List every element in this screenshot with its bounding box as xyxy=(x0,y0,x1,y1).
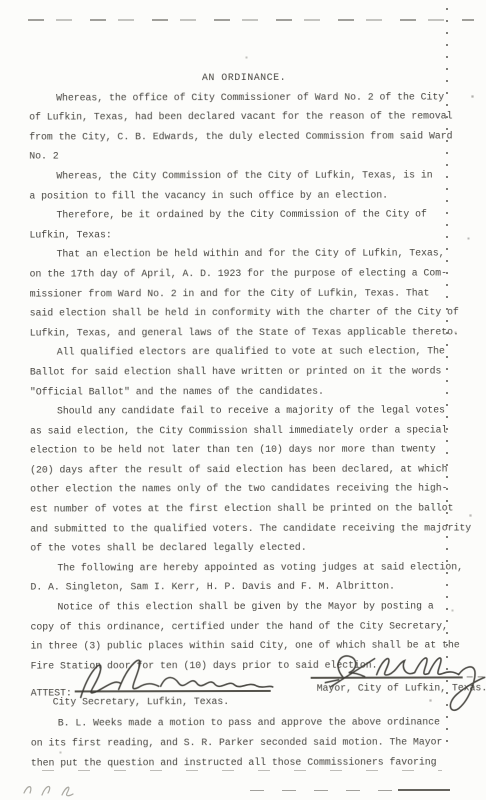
document-line: other election the names only of the two… xyxy=(30,479,460,500)
document-line: The following are hereby appointed as vo… xyxy=(30,557,460,578)
document-line: and submitted to the qualified voters. T… xyxy=(30,518,460,539)
motion-text: B. L. Weeks made a motion to pass and ap… xyxy=(31,713,461,773)
document-line: election to be held not later than ten (… xyxy=(30,440,460,461)
document-line: of the votes shall be declared legally e… xyxy=(30,538,460,559)
document-line: Lufkin, Texas, and general laws of the S… xyxy=(30,322,460,343)
document-line: on its first reading, and S. R. Parker s… xyxy=(31,732,461,753)
document-line: Lufkin, Texas: xyxy=(29,224,459,245)
secretary-caption: City Secretary, Lufkin, Texas. xyxy=(53,692,229,712)
document-line: Whereas, the City Commission of the City… xyxy=(29,165,459,186)
faint-pencil-marks xyxy=(20,776,92,800)
document-line: All qualified electors are qualified to … xyxy=(30,342,460,363)
dark-dash-artifact xyxy=(398,789,450,791)
document-line: No. 2 xyxy=(29,146,459,167)
document-line: est number of votes at the first electio… xyxy=(30,498,460,519)
document-line: Therefore, be it ordained by the City Co… xyxy=(29,205,459,226)
document-line: copy of this ordinance, certified under … xyxy=(31,616,461,637)
document-line: a position to fill the vacancy in such o… xyxy=(29,185,459,206)
document-line: D. A. Singleton, Sam I. Kerr, H. P. Davi… xyxy=(30,577,460,598)
ordinance-title: AN ORDINANCE. xyxy=(29,67,459,88)
document-line: as said election, the City Commission sh… xyxy=(30,420,460,441)
document-body: AN ORDINANCE. Whereas, the office of Cit… xyxy=(29,67,461,772)
document-line: missioner from Ward No. 2 in and for the… xyxy=(30,283,460,304)
document-line: said election shall be held in conformit… xyxy=(30,303,460,324)
mayor-signature xyxy=(325,647,486,717)
faint-ruled-dashes xyxy=(42,770,442,771)
ordinance-text: Whereas, the office of City Commissioner… xyxy=(29,87,461,676)
document-line: Ballot for said election shall have writ… xyxy=(30,361,460,382)
scanned-ordinance-page: AN ORDINANCE. Whereas, the office of Cit… xyxy=(0,0,486,800)
document-line: of Lufkin, Texas, had been declared vaca… xyxy=(29,107,459,128)
document-line: Should any candidate fail to receive a m… xyxy=(30,401,460,422)
document-line: "Official Ballot" and the names of the c… xyxy=(30,381,460,402)
signature-block: ATTEST: City Secretary, Lufkin, Texas. M… xyxy=(31,675,461,714)
document-line: That an election be held within and for … xyxy=(30,244,460,265)
document-line: Whereas, the office of City Commissioner… xyxy=(29,87,459,108)
document-line: Notice of this election shall be given b… xyxy=(30,596,460,617)
document-line: from the City, C. B. Edwards, the duly e… xyxy=(29,126,459,147)
page-top-edge-artifact xyxy=(28,19,474,21)
document-line: (20) days after the result of said elect… xyxy=(30,459,460,480)
document-line: on the 17th day of April, A. D. 1923 for… xyxy=(30,263,460,284)
scan-noise-specks xyxy=(0,0,1,1)
